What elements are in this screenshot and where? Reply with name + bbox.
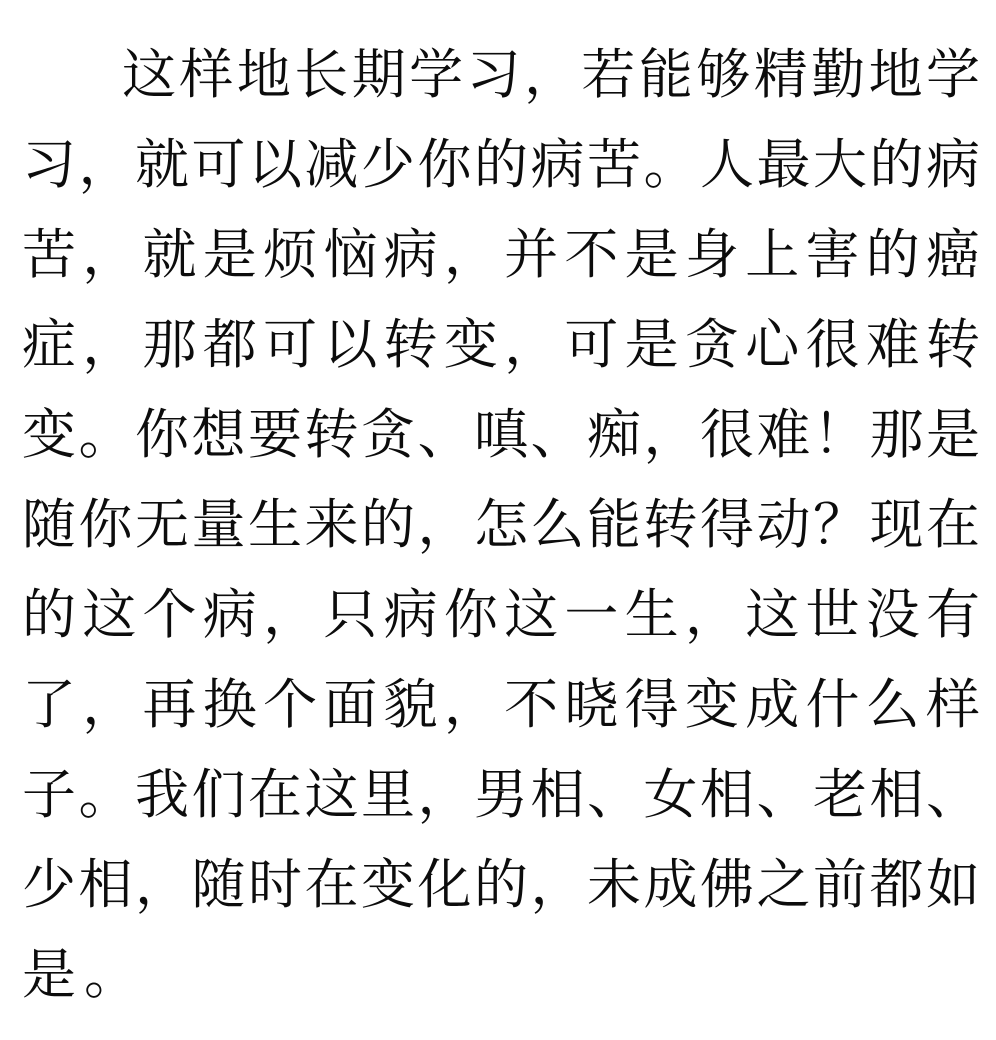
document-page: 这样地长期学习，若能够精勤地学习，就可以减少你的病苦。人最大的病苦，就是烦恼病，… (0, 0, 996, 1040)
text-line: 随你无量生来的，怎么能转得动？现在 (22, 480, 980, 570)
text-line: 是。 (22, 930, 980, 1020)
text-line: 苦，就是烦恼病，并不是身上害的癌 (22, 210, 980, 300)
text-line: 子。我们在这里，男相、女相、老相、 (22, 750, 980, 840)
text-line: 变。你想要转贪、嗔、痴，很难！那是 (22, 390, 980, 480)
text-line: 的这个病，只病你这一生，这世没有 (22, 570, 980, 660)
text-line: 这样地长期学习，若能够精勤地学 (22, 30, 980, 120)
text-line: 习，就可以减少你的病苦。人最大的病 (22, 120, 980, 210)
text-line: 症，那都可以转变，可是贪心很难转 (22, 300, 980, 390)
text-line: 了，再换个面貌，不晓得变成什么样 (22, 660, 980, 750)
text-line: 少相，随时在变化的，未成佛之前都如 (22, 840, 980, 930)
paragraph: 这样地长期学习，若能够精勤地学习，就可以减少你的病苦。人最大的病苦，就是烦恼病，… (22, 30, 980, 1020)
